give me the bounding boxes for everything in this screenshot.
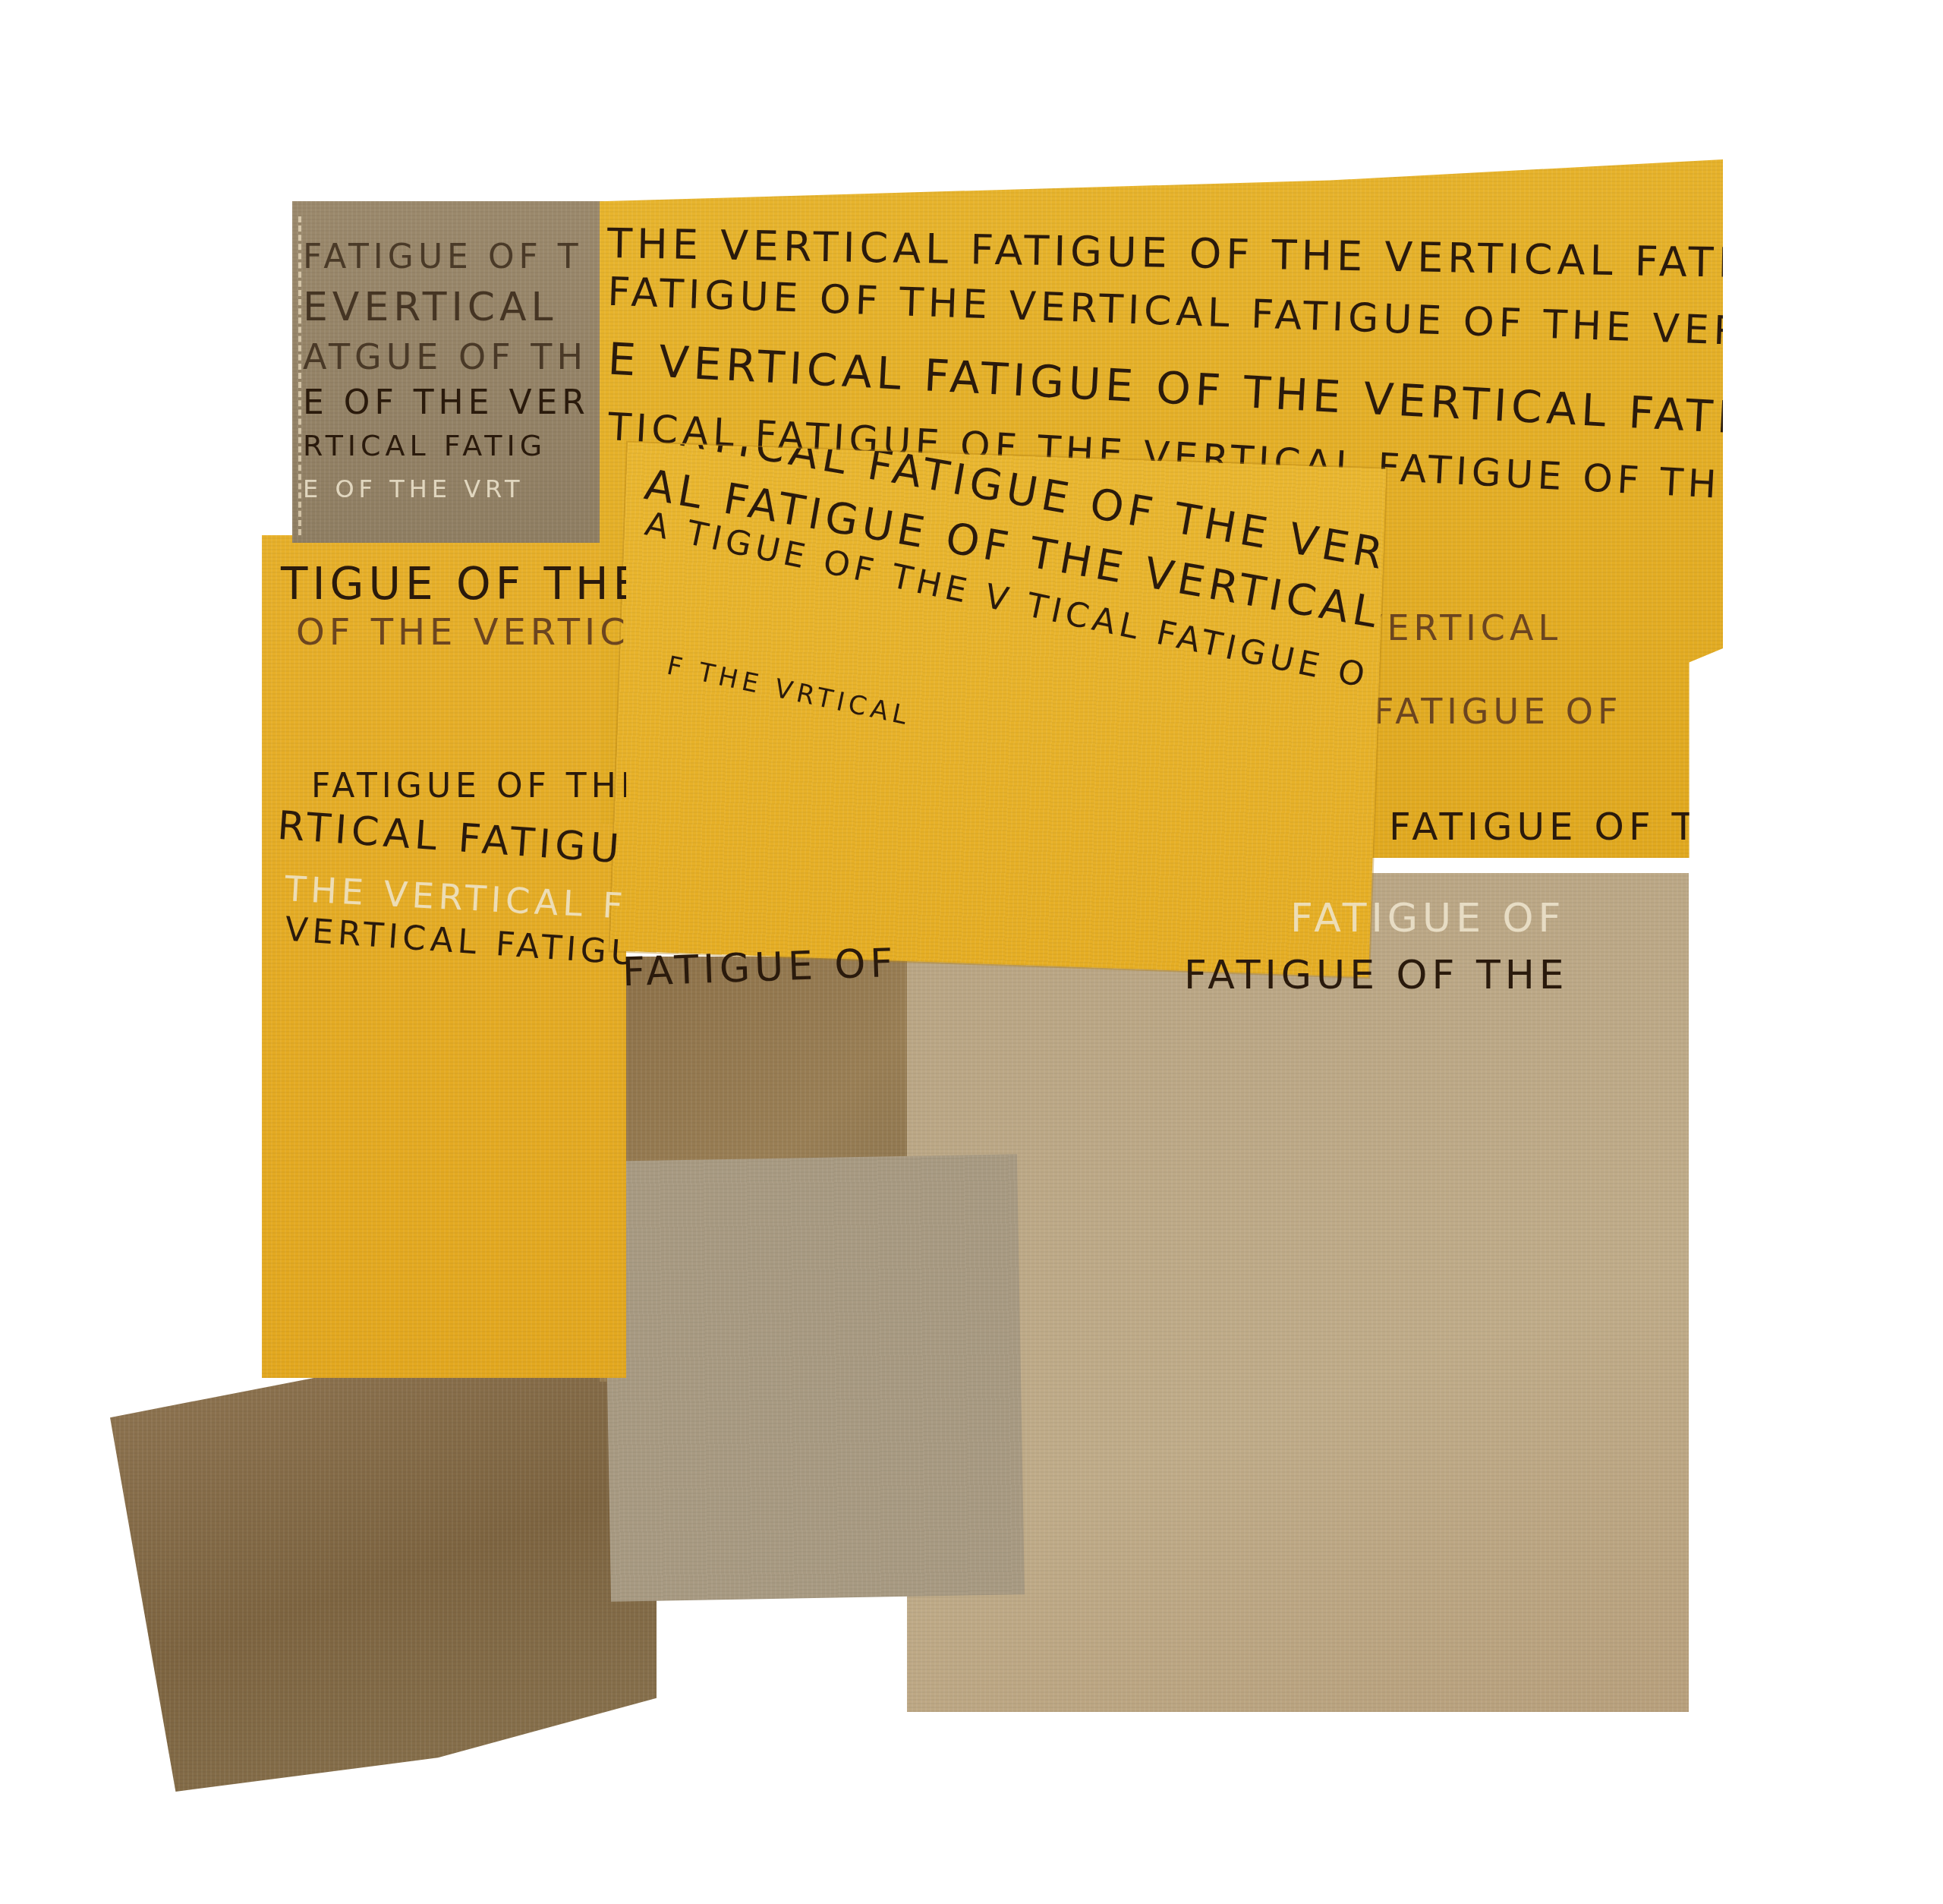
embroidered-text: E OF THE VER (303, 383, 590, 422)
embroidered-text: OF THE VERTICA (296, 611, 626, 654)
embroidered-text: FATIGUE OF (622, 941, 898, 996)
embroidered-text: ATGUE OF TH (303, 336, 587, 377)
embroidered-text: FATIGUE OF (1290, 896, 1565, 941)
embroidered-text: EVERTICAL (303, 285, 558, 330)
patch-grey-linen-square (603, 1154, 1025, 1601)
embroidered-text: RTICAL FATIGUE (276, 803, 626, 875)
embroidered-text: TIGUE OF THE V (281, 558, 626, 610)
embroidered-text: FATIGUE OF T (303, 238, 583, 276)
embroidered-text: VERTICAL (1359, 607, 1562, 648)
embroidered-text: RTICAL FATIG (303, 429, 546, 462)
patch-taupe-top-left: FATIGUE OF T EVERTICAL ATGUE OF TH E OF … (292, 201, 641, 543)
patch-yellow-center: ERTICAL FATIGUE OF THE VERTIC AL FATIGUE… (610, 443, 1387, 977)
embroidered-text: F THE VRTICAL (664, 651, 914, 732)
embroidered-text: FATIGUE OF THE (1184, 953, 1569, 998)
running-stitch (298, 216, 301, 535)
embroidered-text: FATIGUE OF THE (1389, 805, 1723, 849)
embroidered-text: E OF THE VRT (303, 474, 524, 503)
embroidered-text: FATIGUE OF (1374, 691, 1622, 732)
patch-olive-bottom-left (110, 1367, 657, 1792)
textile-artwork: TIGUE OF THE V OF THE VERTICA FATIGUE OF… (0, 0, 1943, 1904)
patch-yellow-left: TIGUE OF THE V OF THE VERTICA FATIGUE OF… (262, 535, 626, 1378)
embroidered-text: FATIGUE OF THE (311, 767, 626, 805)
